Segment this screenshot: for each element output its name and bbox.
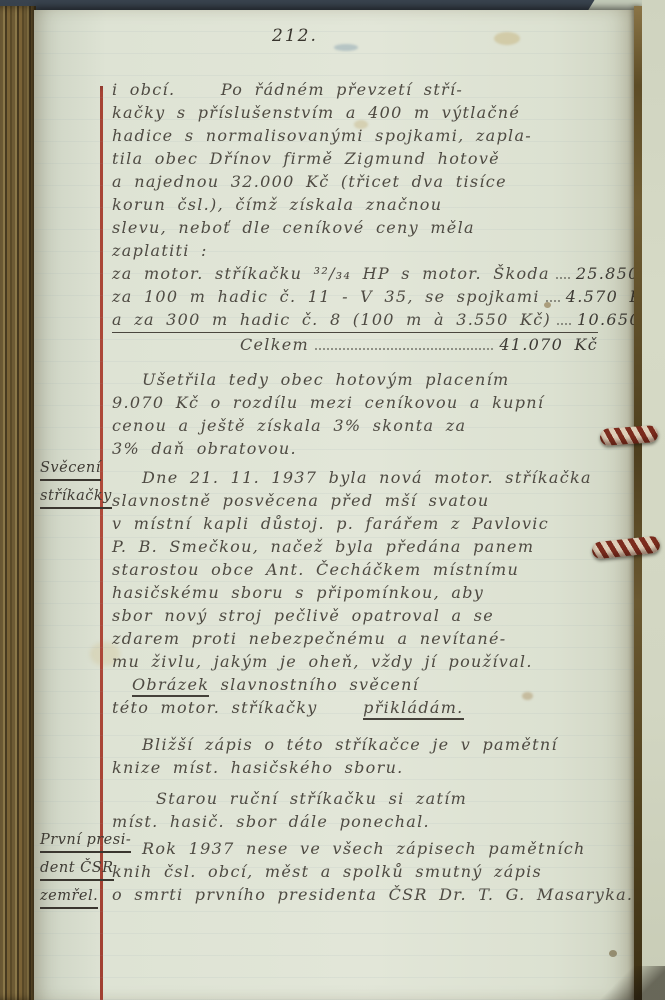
price-row: a za 300 m hadic č. 8 (100 m à 3.550 Kč)…: [112, 308, 598, 331]
book-gutter: [634, 6, 642, 1000]
text-line: slavnostně posvěcena před mší svatou: [112, 489, 598, 512]
text-line: hadice s normalisovanými spojkami, zapla…: [112, 124, 598, 147]
text-line: v místní kapli důstoj. p. farářem z Pavl…: [112, 512, 598, 535]
price-row: za 100 m hadic č. 11 - V 35, se spojkami…: [112, 285, 598, 308]
margin-note-line: Svěcení: [40, 458, 101, 481]
margin-note-line: zemřel.: [40, 886, 98, 909]
margin-note-line: stříkačky: [40, 486, 112, 509]
paper-stain: [609, 950, 617, 957]
page-number: 212.: [272, 26, 318, 46]
price-item-label: za 100 m hadic č. 11 - V 35, se spojkami: [112, 285, 540, 308]
underlined-word: přikládám.: [363, 698, 463, 720]
price-item-label: a za 300 m hadic č. 8 (100 m à 3.550 Kč): [112, 308, 551, 331]
text-line: tila obec Dřínov firmě Zigmund hotově: [112, 147, 598, 170]
text-line: 3% daň obratovou.: [112, 437, 598, 460]
adjacent-page-edge: [642, 0, 665, 1000]
margin-note-svieceni: Svěcení stříkačky: [40, 458, 132, 514]
text-line: knih čsl. obcí, měst a spolků smutný záp…: [112, 860, 598, 883]
text-line: Rok 1937 nese ve všech zápisech pamětníc…: [112, 837, 598, 860]
dot-leader: [546, 300, 560, 302]
text-line: mu živlu, jakým je oheň, vždy jí používa…: [112, 650, 598, 673]
text-span: slavnostního svěcení: [209, 675, 419, 694]
text-line: kačky s příslušenstvím a 400 m výtlačné: [112, 101, 598, 124]
chronicle-page: 212. i obcí. Po řádném převzetí stří- ka…: [34, 10, 636, 1000]
text-line: 9.070 Kč o rozdílu mezi ceníkovou a kupn…: [112, 391, 598, 414]
dot-leader: [315, 348, 493, 350]
paragraph: Ušetřila tedy obec hotovým placením 9.07…: [112, 368, 598, 460]
text-line: míst. hasič. sbor dále ponechal.: [112, 810, 598, 833]
text-line: zdarem proti nebezpečnému a nevítané-: [112, 627, 598, 650]
underlined-word: Obrázek: [132, 675, 209, 697]
text-line: této motor. stříkačky přikládám.: [112, 696, 598, 719]
text-line: knize míst. hasičského sboru.: [112, 756, 598, 779]
margin-note-president: První presi- dent ČSR zemřel.: [40, 830, 132, 914]
text-line: hasičskému sboru s připomínkou, aby: [112, 581, 598, 604]
text-line: Ušetřila tedy obec hotovým placením: [112, 368, 598, 391]
dot-leader: [557, 323, 571, 325]
ink-smudge: [334, 44, 358, 51]
paragraph: i obcí. Po řádném převzetí stří- kačky s…: [112, 78, 598, 262]
total-label: Celkem: [240, 333, 309, 356]
price-list: za motor. stříkačku ³²/₃₄ HP s motor. Šk…: [112, 262, 598, 356]
price-row: za motor. stříkačku ³²/₃₄ HP s motor. Šk…: [112, 262, 598, 285]
text-line: slevu, neboť dle ceníkové ceny měla: [112, 216, 598, 239]
paragraph: Rok 1937 nese ve všech zápisech pamětníc…: [112, 837, 598, 906]
total-row: Celkem 41.070 Kč: [112, 333, 598, 356]
price-item-label: za motor. stříkačku ³²/₃₄ HP s motor. Šk…: [112, 262, 550, 285]
total-amount: 41.070 Kč: [499, 333, 598, 356]
handwritten-text: i obcí. Po řádném převzetí stří- kačky s…: [112, 78, 598, 906]
dot-leader: [556, 277, 570, 279]
margin-note-line: První presi-: [40, 830, 131, 853]
photo-background: 212. i obcí. Po řádném převzetí stří- ka…: [0, 0, 665, 1000]
paper-stain: [494, 32, 520, 45]
paragraph: Bližší zápis o této stříkačce je v pamět…: [112, 733, 598, 779]
text-span: této motor. stříkačky: [112, 698, 363, 717]
paragraph: Starou ruční stříkačku si zatím míst. ha…: [112, 787, 598, 833]
text-line: a najednou 32.000 Kč (třicet dva tisíce: [112, 170, 598, 193]
text-line: Obrázek slavnostního svěcení: [112, 673, 598, 696]
text-line: Starou ruční stříkačku si zatím: [112, 787, 598, 810]
paragraph: Obrázek slavnostního svěcení této motor.…: [112, 673, 598, 719]
page-corner-shadow: [585, 966, 665, 1000]
text-line: cenou a ještě získala 3% skonta za: [112, 414, 598, 437]
text-line: Bližší zápis o této stříkačce je v pamět…: [112, 733, 598, 756]
book-edge-left: [0, 6, 36, 1000]
text-line: korun čsl.), čímž získala značnou: [112, 193, 598, 216]
text-line: sbor nový stroj pečlivě opatroval a se: [112, 604, 598, 627]
text-line: starostou obce Ant. Čecháčkem místnímu: [112, 558, 598, 581]
text-line: zaplatiti :: [112, 239, 598, 262]
text-line: o smrti prvního presidenta ČSR Dr. T. G.…: [112, 883, 598, 906]
text-line: i obcí. Po řádném převzetí stří-: [112, 78, 598, 101]
text-line: P. B. Smečkou, načež byla předána panem: [112, 535, 598, 558]
paragraph: Dne 21. 11. 1937 byla nová motor. stříka…: [112, 466, 598, 673]
margin-note-line: dent ČSR: [40, 858, 114, 881]
text-line: Dne 21. 11. 1937 byla nová motor. stříka…: [112, 466, 598, 489]
